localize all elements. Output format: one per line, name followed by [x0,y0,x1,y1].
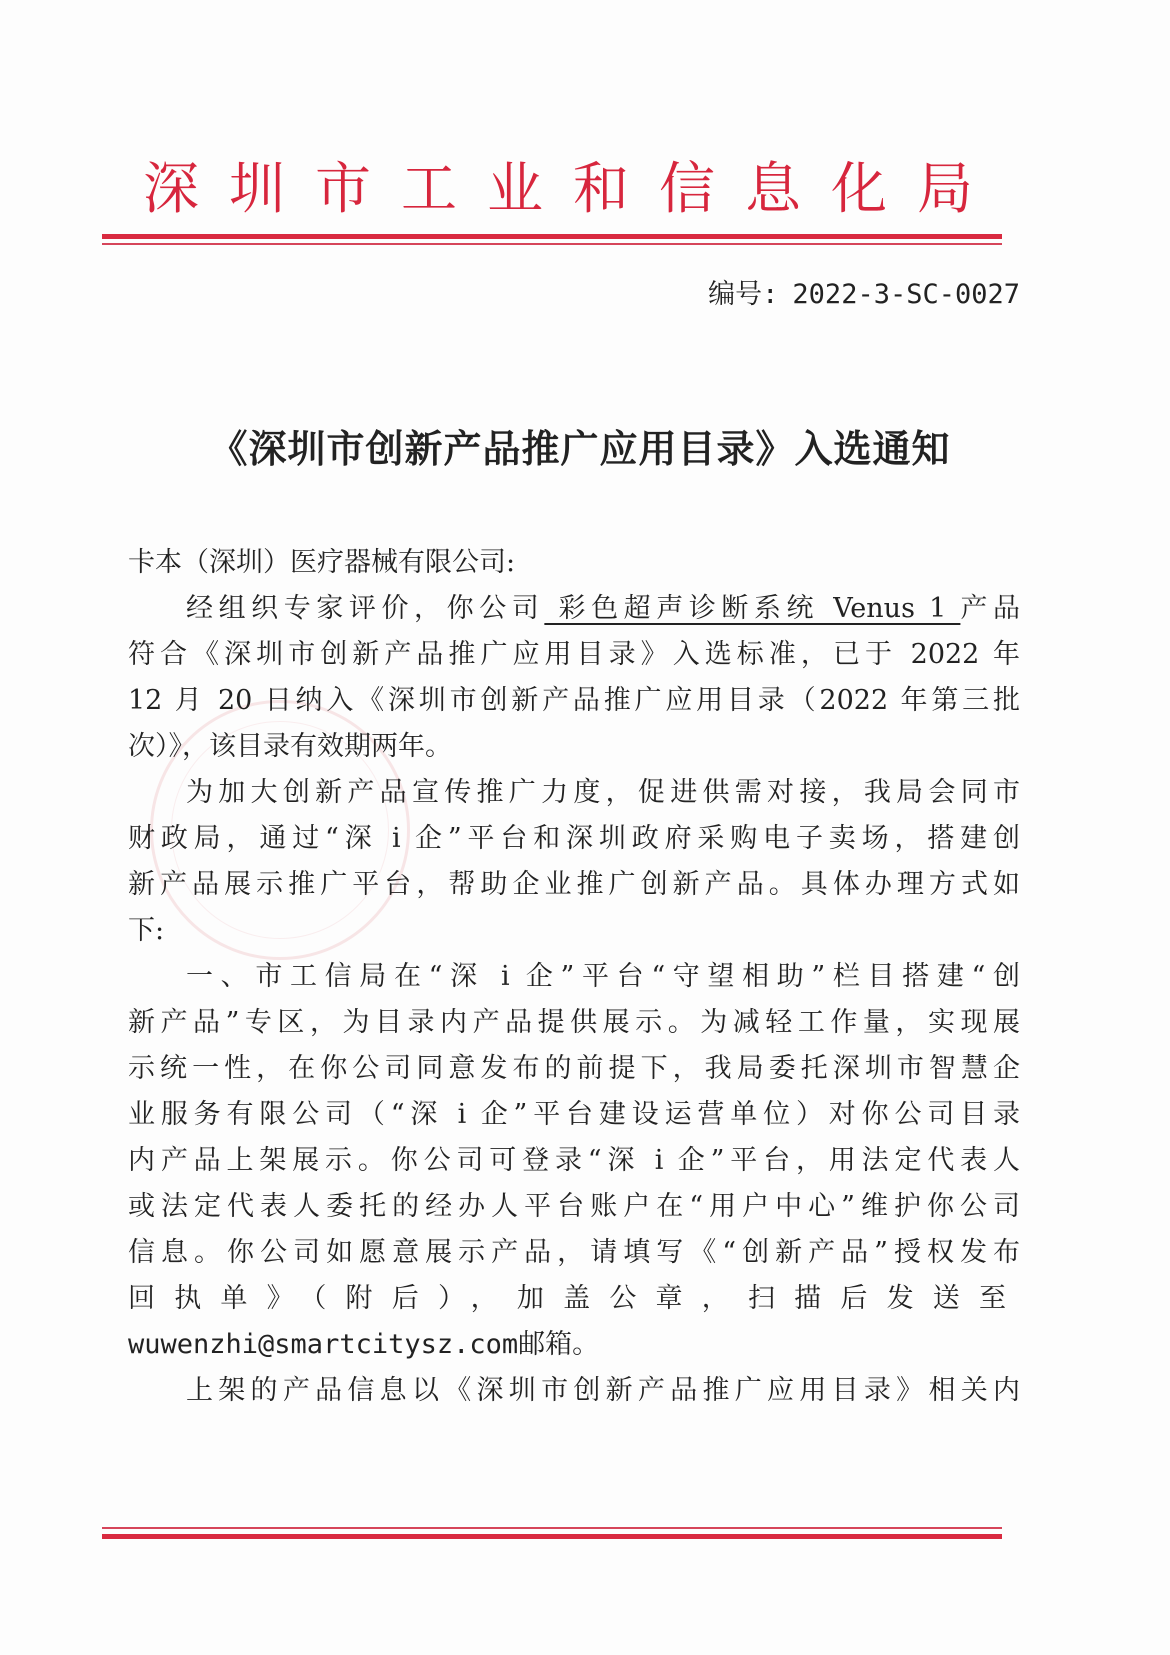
paragraph-3-line-8: 回执单》（附后），加盖公章，扫描后发送至 [128,1276,1020,1322]
paragraph-1-line-4: 次）》，该目录有效期两年。 [128,724,1020,770]
paragraph-2-line-3: 新产品展示推广平台，帮助企业推广创新产品。具体办理方式如 [128,862,1020,908]
notice-body: 卡本（深圳）医疗器械有限公司: 经组织专家评价，你公司 彩色超声诊断系统 Ven… [128,540,1020,1414]
paragraph-1-line-3: 12 月 20 日纳入《深圳市创新产品推广应用目录（2022 年第三批 [128,678,1020,724]
paragraph-3-line-3: 示统一性，在你公司同意发布的前提下，我局委托深圳市智慧企 [128,1046,1020,1092]
document-number: 编号:2022-3-SC-0027 [680,272,1020,311]
product-name: 彩色超声诊断系统 Venus 1 [544,593,960,624]
footer-rule-thin [102,1527,1002,1529]
footer-rule-thick [102,1534,1002,1539]
paragraph-3-line-7: 信息。你公司如愿意展示产品，请填写《“创新产品”授权发布 [128,1230,1020,1276]
paragraph-3-line-4: 业服务有限公司（“深 i 企”平台建设运营单位）对你公司目录 [128,1092,1020,1138]
document-page: 深圳市工业和信息化局 编号:2022-3-SC-0027 《深圳市创新产品推广应… [0,0,1170,1655]
contact-email[interactable]: wuwenzhi@smartcitysz.com [128,1329,518,1360]
paragraph-3-line-5: 内产品上架展示。你公司可登录“深 i 企”平台，用法定代表人 [128,1138,1020,1184]
paragraph-2-line-1: 为加大创新产品宣传推广力度，促进供需对接，我局会同市 [128,770,1020,816]
issuer-letterhead: 深圳市工业和信息化局 [108,158,1038,222]
addressee: 卡本（深圳）医疗器械有限公司: [128,540,1020,586]
document-number-label: 编号: [708,279,778,310]
email-suffix: 邮箱。 [518,1329,599,1360]
paragraph-1-text: 产品 [960,593,1020,624]
header-rule-thin [102,243,1002,245]
paragraph-2-line-2: 财政局，通过“深 i 企”平台和深圳政府采购电子卖场，搭建创 [128,816,1020,862]
paragraph-2-line-4: 下: [128,908,1020,954]
paragraph-3-line-2: 新产品”专区，为目录内产品提供展示。为减轻工作量，实现展 [128,1000,1020,1046]
paragraph-3-line-9: wuwenzhi@smartcitysz.com邮箱。 [128,1322,1020,1368]
paragraph-4-line-1: 上架的产品信息以《深圳市创新产品推广应用目录》相关内 [128,1368,1020,1414]
header-rule-thick [102,234,1002,239]
document-number-value: 2022-3-SC-0027 [792,279,1020,310]
notice-title: 《深圳市创新产品推广应用目录》入选通知 [100,418,1060,473]
paragraph-1-line-2: 符合《深圳市创新产品推广应用目录》入选标准，已于 2022 年 [128,632,1020,678]
paragraph-3-line-6: 或法定代表人委托的经办人平台账户在“用户中心”维护你公司 [128,1184,1020,1230]
paragraph-3-line-1: 一、市工信局在“深 i 企”平台“守望相助”栏目搭建“创 [128,954,1020,1000]
paragraph-1-line-1: 经组织专家评价，你公司 彩色超声诊断系统 Venus 1 产品 [128,586,1020,632]
paragraph-1-text: 经组织专家评价，你公司 [186,593,544,624]
